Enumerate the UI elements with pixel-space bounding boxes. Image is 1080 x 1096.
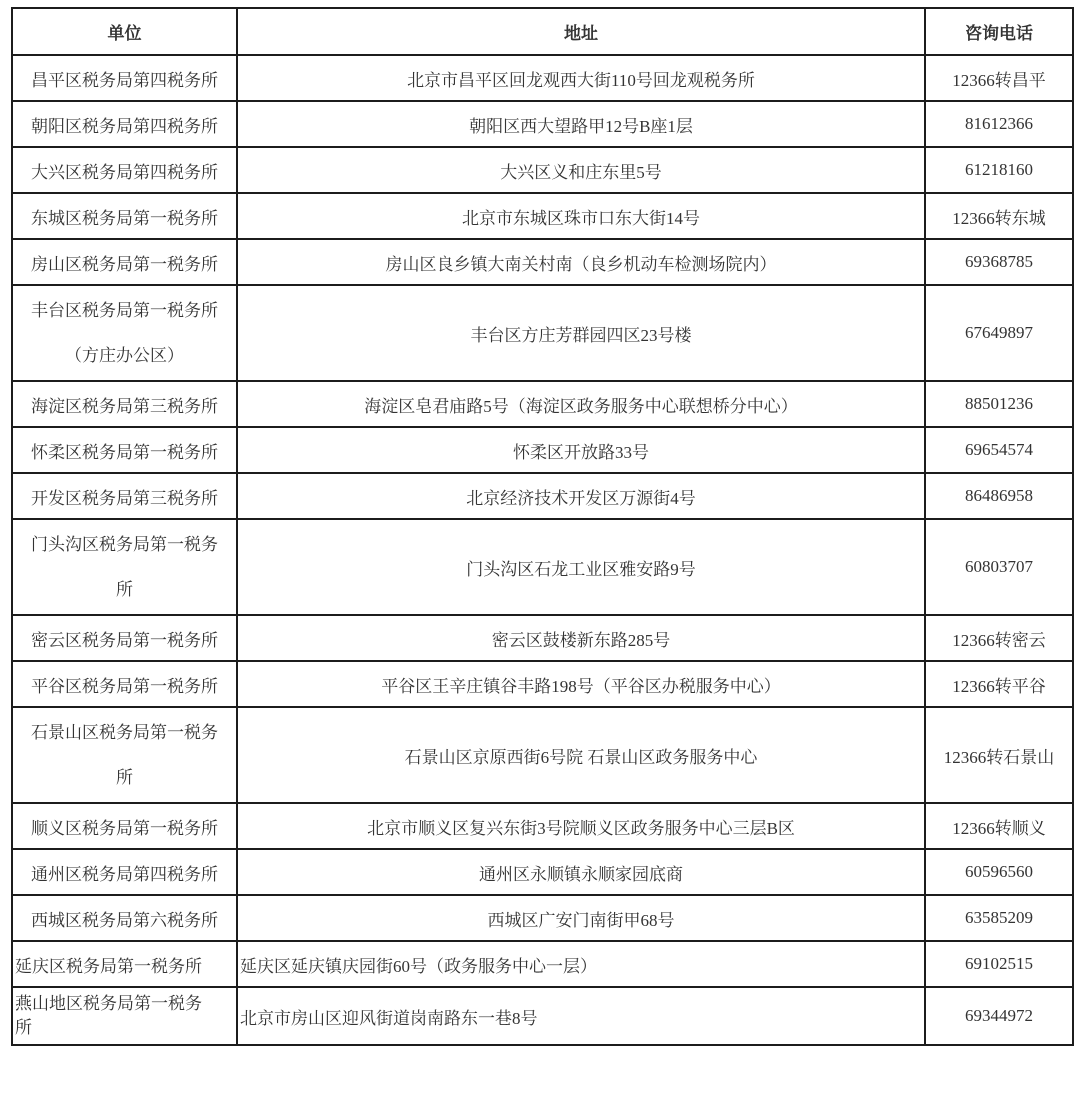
unit-cell: 门头沟区税务局第一税务 所 bbox=[12, 519, 237, 615]
unit-cell: 丰台区税务局第一税务所 （方庄办公区） bbox=[12, 285, 237, 381]
unit-cell: 东城区税务局第一税务所 bbox=[12, 193, 237, 239]
table-row: 平谷区税务局第一税务所 平谷区王辛庄镇谷丰路198号（平谷区办税服务中心） 12… bbox=[12, 661, 1073, 707]
phone-cell: 63585209 bbox=[925, 895, 1073, 941]
unit-cell: 通州区税务局第四税务所 bbox=[12, 849, 237, 895]
address-cell: 朝阳区西大望路甲12号B座1层 bbox=[237, 101, 925, 147]
phone-cell: 69654574 bbox=[925, 427, 1073, 473]
address-cell: 北京经济技术开发区万源街4号 bbox=[237, 473, 925, 519]
address-cell: 石景山区京原西街6号院 石景山区政务服务中心 bbox=[237, 707, 925, 803]
address-cell: 北京市东城区珠市口东大街14号 bbox=[237, 193, 925, 239]
column-header-phone: 咨询电话 bbox=[925, 8, 1073, 55]
tax-office-directory-table: 单位 地址 咨询电话 昌平区税务局第四税务所 北京市昌平区回龙观西大街110号回… bbox=[11, 7, 1074, 1046]
phone-cell: 69102515 bbox=[925, 941, 1073, 987]
table-row: 门头沟区税务局第一税务 所 门头沟区石龙工业区雅安路9号 60803707 bbox=[12, 519, 1073, 615]
phone-cell: 61218160 bbox=[925, 147, 1073, 193]
phone-cell: 12366转顺义 bbox=[925, 803, 1073, 849]
address-cell: 怀柔区开放路33号 bbox=[237, 427, 925, 473]
column-header-unit: 单位 bbox=[12, 8, 237, 55]
document-page: 单位 地址 咨询电话 昌平区税务局第四税务所 北京市昌平区回龙观西大街110号回… bbox=[0, 0, 1080, 1096]
table-row: 开发区税务局第三税务所 北京经济技术开发区万源街4号 86486958 bbox=[12, 473, 1073, 519]
unit-cell: 延庆区税务局第一税务所 bbox=[12, 941, 237, 987]
address-cell: 大兴区义和庄东里5号 bbox=[237, 147, 925, 193]
address-cell: 延庆区延庆镇庆园街60号（政务服务中心一层） bbox=[237, 941, 925, 987]
table-row: 密云区税务局第一税务所 密云区鼓楼新东路285号 12366转密云 bbox=[12, 615, 1073, 661]
phone-cell: 67649897 bbox=[925, 285, 1073, 381]
address-cell: 北京市房山区迎风街道岗南路东一巷8号 bbox=[237, 987, 925, 1045]
unit-cell: 房山区税务局第一税务所 bbox=[12, 239, 237, 285]
table-row: 燕山地区税务局第一税务 所 北京市房山区迎风街道岗南路东一巷8号 6934497… bbox=[12, 987, 1073, 1045]
address-cell: 门头沟区石龙工业区雅安路9号 bbox=[237, 519, 925, 615]
address-cell: 北京市昌平区回龙观西大街110号回龙观税务所 bbox=[237, 55, 925, 101]
phone-cell: 86486958 bbox=[925, 473, 1073, 519]
phone-cell: 69344972 bbox=[925, 987, 1073, 1045]
address-cell: 海淀区皂君庙路5号（海淀区政务服务中心联想桥分中心） bbox=[237, 381, 925, 427]
table-row: 丰台区税务局第一税务所 （方庄办公区） 丰台区方庄芳群园四区23号楼 67649… bbox=[12, 285, 1073, 381]
unit-cell: 密云区税务局第一税务所 bbox=[12, 615, 237, 661]
address-cell: 通州区永顺镇永顺家园底商 bbox=[237, 849, 925, 895]
table-row: 西城区税务局第六税务所 西城区广安门南街甲68号 63585209 bbox=[12, 895, 1073, 941]
unit-cell: 顺义区税务局第一税务所 bbox=[12, 803, 237, 849]
phone-cell: 12366转东城 bbox=[925, 193, 1073, 239]
address-cell: 丰台区方庄芳群园四区23号楼 bbox=[237, 285, 925, 381]
unit-cell: 燕山地区税务局第一税务 所 bbox=[12, 987, 237, 1045]
phone-cell: 12366转石景山 bbox=[925, 707, 1073, 803]
phone-cell: 12366转平谷 bbox=[925, 661, 1073, 707]
phone-cell: 88501236 bbox=[925, 381, 1073, 427]
table-row: 怀柔区税务局第一税务所 怀柔区开放路33号 69654574 bbox=[12, 427, 1073, 473]
table-row: 朝阳区税务局第四税务所 朝阳区西大望路甲12号B座1层 81612366 bbox=[12, 101, 1073, 147]
table-body: 昌平区税务局第四税务所 北京市昌平区回龙观西大街110号回龙观税务所 12366… bbox=[12, 55, 1073, 1045]
unit-cell: 大兴区税务局第四税务所 bbox=[12, 147, 237, 193]
unit-cell: 昌平区税务局第四税务所 bbox=[12, 55, 237, 101]
unit-cell: 开发区税务局第三税务所 bbox=[12, 473, 237, 519]
unit-cell: 朝阳区税务局第四税务所 bbox=[12, 101, 237, 147]
table-row: 昌平区税务局第四税务所 北京市昌平区回龙观西大街110号回龙观税务所 12366… bbox=[12, 55, 1073, 101]
unit-cell: 西城区税务局第六税务所 bbox=[12, 895, 237, 941]
table-row: 大兴区税务局第四税务所 大兴区义和庄东里5号 61218160 bbox=[12, 147, 1073, 193]
unit-cell: 怀柔区税务局第一税务所 bbox=[12, 427, 237, 473]
phone-cell: 60596560 bbox=[925, 849, 1073, 895]
phone-cell: 12366转密云 bbox=[925, 615, 1073, 661]
table-row: 东城区税务局第一税务所 北京市东城区珠市口东大街14号 12366转东城 bbox=[12, 193, 1073, 239]
unit-cell: 石景山区税务局第一税务 所 bbox=[12, 707, 237, 803]
column-header-address: 地址 bbox=[237, 8, 925, 55]
phone-cell: 60803707 bbox=[925, 519, 1073, 615]
unit-cell: 平谷区税务局第一税务所 bbox=[12, 661, 237, 707]
table-row: 延庆区税务局第一税务所 延庆区延庆镇庆园街60号（政务服务中心一层） 69102… bbox=[12, 941, 1073, 987]
header-row: 单位 地址 咨询电话 bbox=[12, 8, 1073, 55]
phone-cell: 69368785 bbox=[925, 239, 1073, 285]
address-cell: 西城区广安门南街甲68号 bbox=[237, 895, 925, 941]
table-row: 通州区税务局第四税务所 通州区永顺镇永顺家园底商 60596560 bbox=[12, 849, 1073, 895]
address-cell: 平谷区王辛庄镇谷丰路198号（平谷区办税服务中心） bbox=[237, 661, 925, 707]
table-row: 石景山区税务局第一税务 所 石景山区京原西街6号院 石景山区政务服务中心 123… bbox=[12, 707, 1073, 803]
phone-cell: 81612366 bbox=[925, 101, 1073, 147]
address-cell: 北京市顺义区复兴东街3号院顺义区政务服务中心三层B区 bbox=[237, 803, 925, 849]
table-row: 顺义区税务局第一税务所 北京市顺义区复兴东街3号院顺义区政务服务中心三层B区 1… bbox=[12, 803, 1073, 849]
unit-cell: 海淀区税务局第三税务所 bbox=[12, 381, 237, 427]
table-row: 海淀区税务局第三税务所 海淀区皂君庙路5号（海淀区政务服务中心联想桥分中心） 8… bbox=[12, 381, 1073, 427]
table-row: 房山区税务局第一税务所 房山区良乡镇大南关村南（良乡机动车检测场院内） 6936… bbox=[12, 239, 1073, 285]
phone-cell: 12366转昌平 bbox=[925, 55, 1073, 101]
address-cell: 密云区鼓楼新东路285号 bbox=[237, 615, 925, 661]
address-cell: 房山区良乡镇大南关村南（良乡机动车检测场院内） bbox=[237, 239, 925, 285]
